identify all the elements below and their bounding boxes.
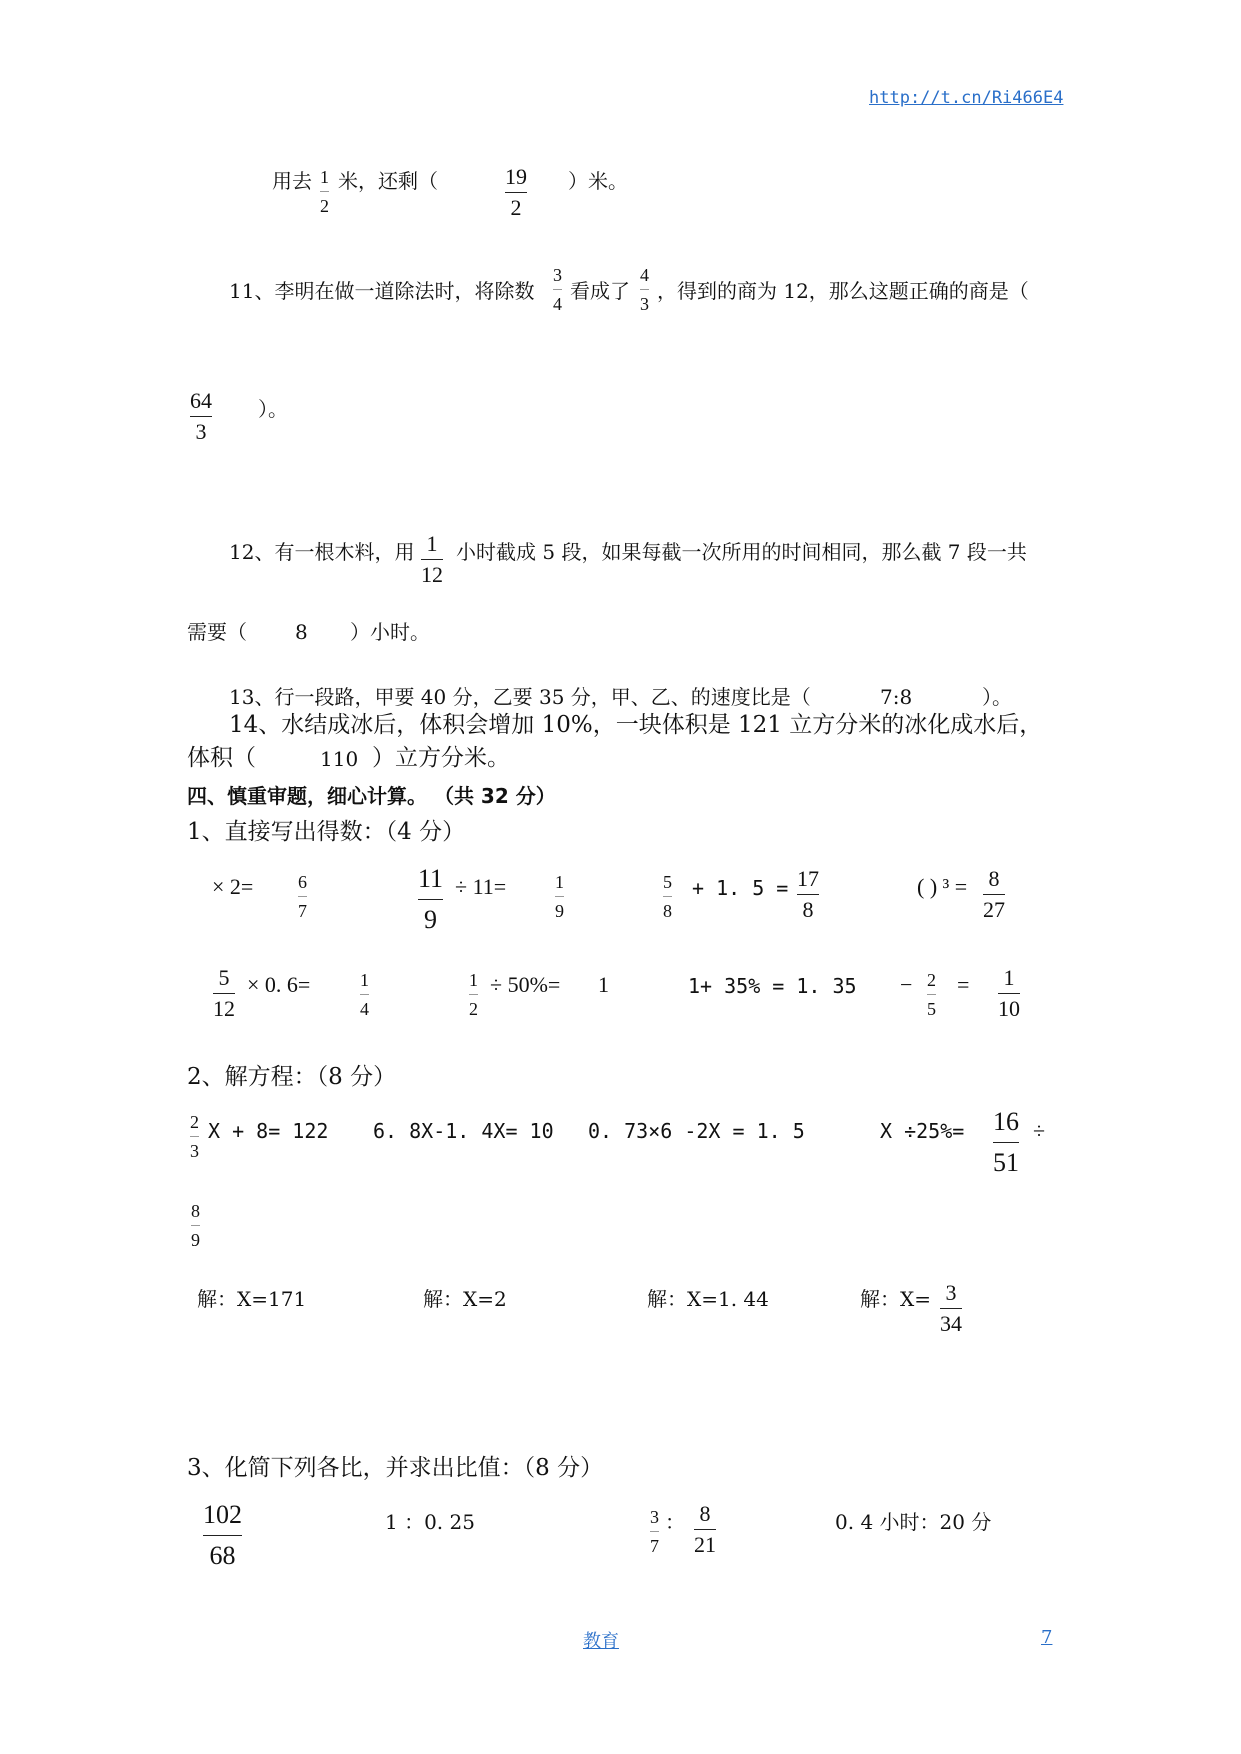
numerator: 8 [191,1202,200,1220]
denominator: 3 [196,421,207,443]
p1-r1-expr3: + 1. 5 = [692,876,788,900]
numerator: 1 [1004,967,1015,989]
p1-r2-expr2: ÷ 50%= [490,972,560,998]
numerator: 64 [190,390,212,412]
p1-r1-ans1: 67 [298,873,307,920]
numerator: 8 [989,868,1000,890]
q12-line2-suffix: ）小时。 [350,620,430,644]
q11-frac1: 34 [553,266,562,313]
denominator: 68 [210,1543,236,1569]
header-link[interactable]: http://t.cn/Ri466E4 [869,88,1063,108]
numerator: 1 [360,971,369,989]
numerator: 16 [993,1109,1019,1135]
p1-r2-expr1: × 0. 6= [247,972,310,998]
denominator: 9 [424,907,437,933]
numerator: 3 [553,266,562,284]
eq1-expr: X + 8= 122 [208,1119,328,1143]
footer-link[interactable]: 教育 [583,1627,619,1653]
q12-frac: 112 [421,533,443,586]
eq4-op: ÷ [1033,1118,1045,1144]
denominator: 21 [694,1534,716,1556]
numerator: 1 [555,873,564,891]
denominator: 7 [650,1537,659,1555]
ratio-4: 0. 4 小时：20 分 [835,1510,991,1534]
numerator: 5 [663,873,672,891]
q11-answer: 643 [190,390,212,443]
p1-r2-ans1: 14 [360,971,369,1018]
q11-text-c: ，得到的商为 12，那么这题正确的商是（ [657,279,1029,303]
q11-frac2: 43 [640,266,649,313]
q11-close: ）。 [258,397,288,421]
denominator: 51 [993,1150,1019,1176]
p1-r1-expr4: ( ) ³ = [917,874,967,900]
denominator: 34 [940,1313,962,1335]
part1-title: 1、直接写出得数：（4 分） [187,818,465,846]
ratio-2: 1 ：0. 25 [385,1510,475,1534]
q12-text-b: 小时截成 5 段，如果每截一次所用的时间相同，那么截 7 段一共 [456,540,1027,564]
q10-prefix: 用去 [272,169,312,193]
eq4-tail: 89 [191,1202,200,1249]
eq4-expr: X ÷25%= [880,1119,964,1143]
denominator: 9 [555,902,564,920]
denominator: 9 [191,1231,200,1249]
q14-line2-suffix: ）立方分米。 [372,744,510,772]
p1-r2-mid4: 25 [927,971,936,1018]
solution-2: 解：X=2 [423,1287,507,1311]
denominator: 4 [553,295,562,313]
q10-answer: 192 [505,166,527,219]
denominator: 10 [998,998,1020,1020]
p1-r1-expr2: ÷ 11= [455,874,506,900]
numerator: 2 [927,971,936,989]
numerator: 3 [946,1282,957,1304]
denominator: 4 [360,1000,369,1018]
ratio-3-sep: ： [665,1510,685,1534]
q13-text: 13、行一段路，甲要 40 分，乙要 35 分，甲、乙、的速度比是（ [229,685,811,709]
numerator: 1 [427,533,438,555]
ratio-3-right: 821 [694,1503,716,1556]
numerator: 2 [190,1113,199,1131]
q12-text-a: 12、有一根木料，用 [229,540,414,564]
p1-r2-expr3: 1+ 35% = 1. 35 [688,974,857,998]
denominator: 2 [320,197,329,215]
q12-answer: 8 [295,620,308,644]
numerator: 8 [700,1503,711,1525]
eq3-expr: 0. 73×6 -2X = 1. 5 [588,1119,805,1143]
solution-3: 解：X=1. 44 [647,1287,769,1311]
solution-4-prefix: 解：X= [860,1287,931,1311]
denominator: 2 [469,1000,478,1018]
p1-r2-lhs2: 12 [469,971,478,1018]
eq4-rhs: 1651 [993,1109,1019,1176]
denominator: 12 [421,564,443,586]
p1-r2-lhs1: 512 [213,967,235,1020]
page-number[interactable]: 7 [1041,1627,1052,1648]
numerator: 3 [650,1508,659,1526]
p1-r1-lhs2: 119 [418,866,443,933]
p1-r2-eq4: = [957,972,969,998]
denominator: 8 [803,899,814,921]
numerator: 5 [219,967,230,989]
denominator: 7 [298,902,307,920]
q11-text-b: 看成了 [570,279,630,303]
p1-r1-expr1: × 2= [212,874,253,900]
q14-line1: 14、水结成冰后，体积会增加 10%，一块体积是 121 立方分米的冰化成水后， [229,711,1042,739]
p1-r1-lhs3: 58 [663,873,672,920]
numerator: 1 [320,168,329,186]
numerator: 6 [298,873,307,891]
ratio-1: 10268 [203,1502,242,1569]
numerator: 1 [469,971,478,989]
q14-line2-prefix: 体积（ [187,744,256,772]
denominator: 2 [511,197,522,219]
eq1-lhs: 23 [190,1113,199,1160]
numerator: 4 [640,266,649,284]
solution-1: 解：X=171 [197,1287,306,1311]
part2-title: 2、解方程：（8 分） [187,1063,396,1091]
eq2-expr: 6. 8X-1. 4X= 10 [373,1119,554,1143]
q14-answer: 110 [320,747,358,771]
solution-4-frac: 334 [940,1282,962,1335]
denominator: 3 [640,295,649,313]
denominator: 5 [927,1000,936,1018]
numerator: 11 [418,866,443,892]
section-4-title: 四、慎重审题，细心计算。 （共 32 分） [187,780,556,809]
q10-frac-used: 12 [320,168,329,215]
numerator: 102 [203,1502,242,1528]
denominator: 27 [983,899,1005,921]
numerator: 19 [505,166,527,188]
ratio-3-left: 37 [650,1508,659,1555]
p1-r1-ans3: 178 [797,868,819,921]
denominator: 12 [213,998,235,1020]
denominator: 3 [190,1142,199,1160]
p1-r2-minus: − [900,972,912,998]
numerator: 17 [797,868,819,890]
q13-close: ）。 [982,685,1012,709]
denominator: 8 [663,902,672,920]
q13-answer: 7:8 [880,685,912,709]
q10-mid: 米，还剩（ [338,169,438,193]
q11-text-a: 11、李明在做一道除法时，将除数 [229,279,534,303]
p1-r1-ans4: 827 [983,868,1005,921]
p1-r1-ans2: 19 [555,873,564,920]
p1-r2-ans2: 1 [598,972,609,998]
p1-r2-ans4: 110 [998,967,1020,1020]
q10-suffix: ）米。 [568,169,628,193]
q12-line2-prefix: 需要（ [187,620,247,644]
part3-title: 3、化简下列各比，并求出比值：（8 分） [187,1454,603,1482]
